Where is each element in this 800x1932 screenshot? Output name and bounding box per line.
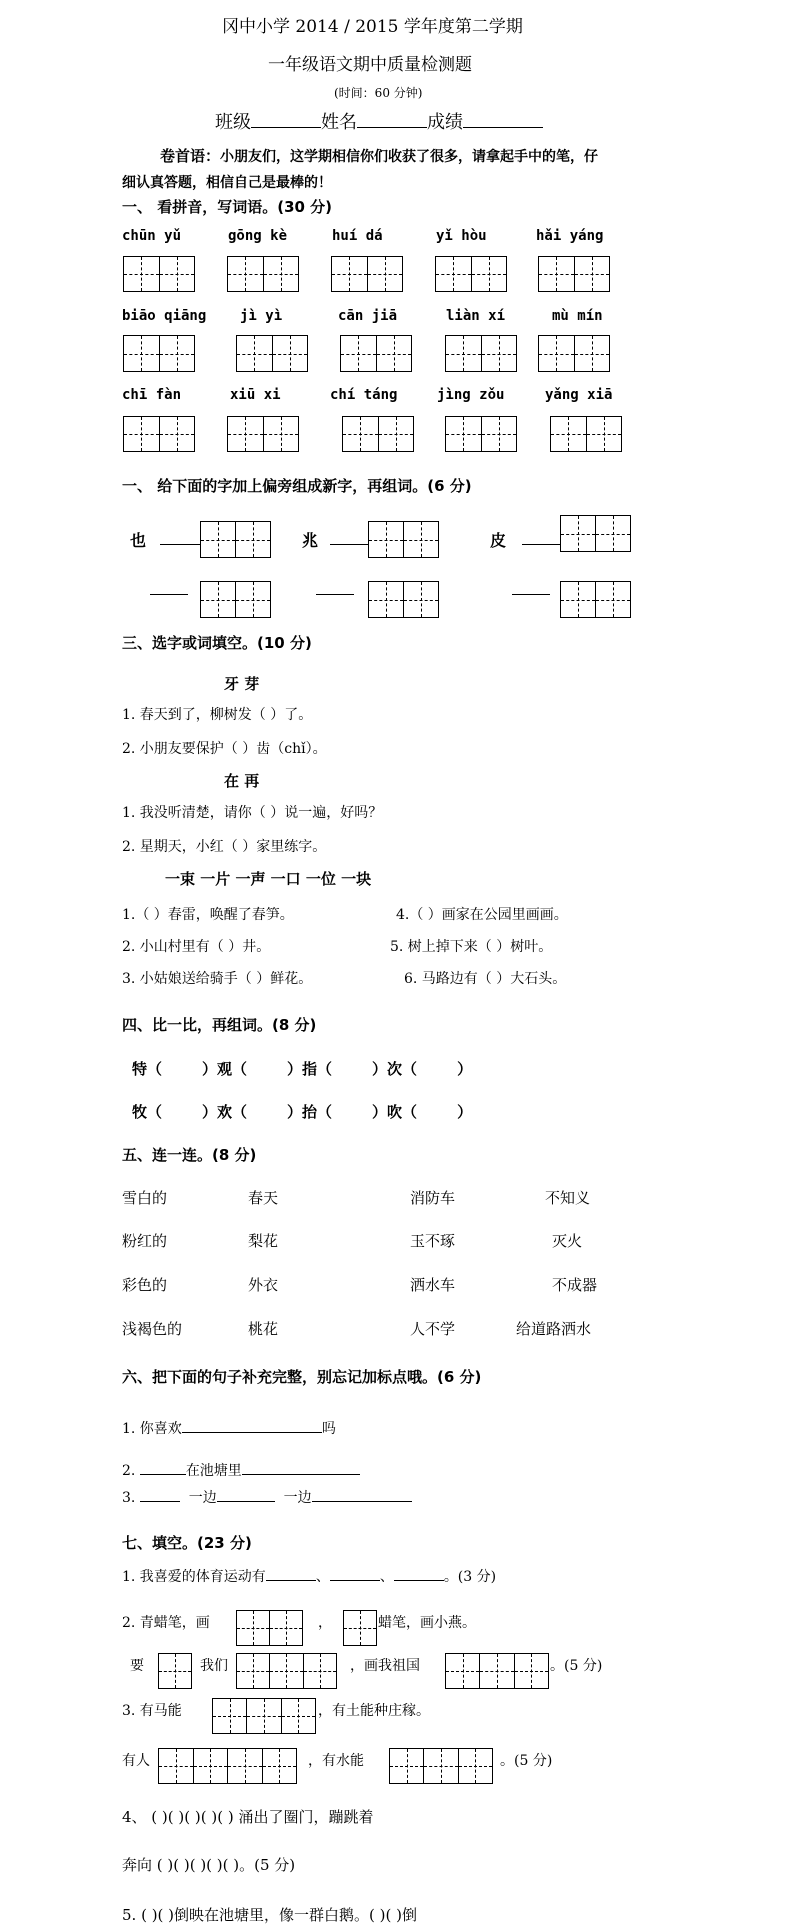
sentence-blank[interactable]	[140, 1501, 180, 1502]
sports-blank[interactable]	[330, 1580, 380, 1581]
horse-text-e: 。(5 分)	[500, 1750, 552, 1770]
radical-blank-4[interactable]	[150, 594, 188, 595]
pinyin-1-2: gōng kè	[228, 228, 287, 244]
pinyin-2-4: liàn xí	[446, 308, 505, 324]
fill-item: 5. 树上掉下来（ ）树叶。	[390, 936, 552, 956]
match-right[interactable]: 灭火	[552, 1230, 582, 1251]
radical-blank-6[interactable]	[512, 594, 550, 595]
writing-grid[interactable]	[340, 335, 412, 372]
writing-grid[interactable]	[435, 256, 507, 292]
writing-grid[interactable]	[445, 1653, 549, 1689]
writing-grid[interactable]	[331, 256, 403, 292]
writing-grid[interactable]	[389, 1748, 493, 1784]
match-left[interactable]: 浅褐色的	[122, 1318, 182, 1339]
pinyin-3-3: chí táng	[330, 387, 397, 403]
match-left[interactable]: 雪白的	[122, 1187, 167, 1208]
writing-grid[interactable]	[236, 1653, 337, 1689]
match-left[interactable]: 消防车	[410, 1187, 455, 1208]
writing-grid[interactable]	[200, 581, 271, 618]
pinyin-2-2: jì yì	[240, 308, 282, 324]
sentence-2: 2. 在池塘里	[122, 1460, 360, 1480]
writing-grid[interactable]	[342, 416, 414, 452]
writing-grid[interactable]	[368, 521, 439, 558]
name-label: 姓名	[321, 112, 357, 133]
fill-item: 4.（ ）画家在公园里画画。	[396, 904, 568, 924]
match-right[interactable]: 不成器	[552, 1274, 597, 1295]
fill-item: 6. 马路边有（ ）大石头。	[404, 968, 566, 988]
crayon-text-b: ，	[318, 1612, 332, 1632]
section5-title: 五、连一连。(8 分)	[122, 1144, 256, 1165]
option-group-1: 牙 芽	[224, 673, 259, 694]
writing-grid[interactable]	[236, 335, 308, 372]
writing-grid[interactable]	[445, 416, 517, 452]
pinyin-3-4: jìng zǒu	[437, 387, 504, 403]
pinyin-1-1: chūn yǔ	[122, 228, 181, 244]
pinyin-1-4: yǐ hòu	[436, 228, 487, 244]
writing-grid[interactable]	[236, 1610, 303, 1646]
writing-grid[interactable]	[123, 335, 195, 372]
sentence-blank[interactable]	[140, 1474, 186, 1475]
fill-sports: 1. 我喜爱的体育运动有、、。(3 分)	[122, 1566, 496, 1586]
fill-item-5-line1: 5. ( )( )倒映在池塘里，像一群白鹅。( )( )倒	[122, 1904, 417, 1925]
crayon-text-d: 要	[130, 1655, 144, 1675]
horse-text-a: 3. 有马能	[122, 1700, 182, 1720]
fill-item: 1. 春天到了，柳树发（ ）了。	[122, 704, 312, 724]
student-info-row: 班级姓名成绩	[215, 108, 543, 134]
radical-blank-3[interactable]	[522, 544, 560, 545]
horse-text-d: ，有水能	[308, 1750, 364, 1770]
fill-item-4-line1: 4、 ( )( )( )( )( ) 涌出了圈门，蹦跳着	[122, 1806, 373, 1827]
school-term-title: 冈中小学 2014 / 2015 学年度第二学期	[222, 12, 523, 37]
writing-grid[interactable]	[123, 256, 195, 292]
match-right[interactable]: 外衣	[248, 1274, 278, 1295]
writing-grid[interactable]	[560, 515, 631, 552]
sentence-blank[interactable]	[242, 1474, 360, 1475]
match-right[interactable]: 梨花	[248, 1230, 278, 1251]
fill-item-4-line2: 奔向 ( )( )( )( )( )。(5 分)	[122, 1854, 295, 1875]
pinyin-3-2: xiū xi	[230, 387, 281, 403]
radical-char-1: 也	[130, 528, 146, 551]
match-left[interactable]: 玉不琢	[410, 1230, 455, 1251]
match-right[interactable]: 春天	[248, 1187, 278, 1208]
writing-grid[interactable]	[123, 416, 195, 452]
sentence-1: 1. 你喜欢吗	[122, 1418, 336, 1438]
section2-title: 一、 给下面的字加上偏旁组成新字，再组词。(6 分)	[122, 475, 472, 496]
writing-grid[interactable]	[343, 1610, 377, 1646]
match-right[interactable]: 给道路洒水	[516, 1318, 591, 1339]
compare-row-2: 牧（）欢（）抬（）吹（）	[132, 1101, 472, 1122]
pinyin-1-3: huí dá	[332, 228, 383, 244]
option-group-3: 一束 一片 一声 一口 一位 一块	[165, 868, 371, 889]
compare-row-1: 特（）观（）指（）次（）	[132, 1058, 472, 1079]
crayon-text-c: 蜡笔，画小燕。	[378, 1612, 476, 1632]
fill-item: 3. 小姑娘送给骑手（ ）鲜花。	[122, 968, 312, 988]
writing-grid[interactable]	[212, 1698, 316, 1734]
writing-grid[interactable]	[158, 1653, 192, 1689]
preface-line1: 卷首语：小朋友们，这学期相信你们收获了很多，请拿起手中的笔，仔	[160, 145, 598, 166]
horse-text-c: 有人	[122, 1750, 150, 1770]
sentence-blank[interactable]	[312, 1501, 412, 1502]
radical-char-3: 皮	[490, 528, 506, 551]
option-group-2: 在 再	[224, 770, 259, 791]
match-left[interactable]: 人不学	[410, 1318, 455, 1339]
preface-line2: 细认真答题，相信自己是最棒的！	[122, 172, 332, 192]
sentence-blank[interactable]	[217, 1501, 275, 1502]
radical-blank-2[interactable]	[330, 544, 368, 545]
fill-item: 1. 我没听清楚，请你（ ）说一遍，好吗？	[122, 802, 382, 822]
match-left[interactable]: 粉红的	[122, 1230, 167, 1251]
section3-title: 三、选字或词填空。(10 分)	[122, 632, 312, 653]
section7-title: 七、填空。(23 分)	[122, 1532, 252, 1553]
crayon-text-f: ，画我祖国	[350, 1655, 420, 1675]
crayon-text-a: 2. 青蜡笔，画	[122, 1612, 210, 1632]
writing-grid[interactable]	[158, 1748, 297, 1784]
section6-title: 六、把下面的句子补充完整，别忘记加标点哦。(6 分)	[122, 1366, 481, 1387]
score-label: 成绩	[427, 112, 463, 133]
score-field	[463, 127, 543, 128]
section1-title: 一、 看拼音，写词语。(30 分)	[122, 196, 332, 217]
writing-grid[interactable]	[538, 256, 610, 292]
match-right[interactable]: 不知义	[545, 1187, 590, 1208]
writing-grid[interactable]	[200, 521, 271, 558]
pinyin-3-1: chī fàn	[122, 387, 181, 403]
pinyin-2-3: cān jiā	[338, 308, 397, 324]
sentence-blank[interactable]	[182, 1432, 322, 1433]
fill-item: 2. 星期天，小红（ ）家里练字。	[122, 836, 326, 856]
class-field[interactable]	[251, 127, 321, 128]
preface-label: 卷首语：	[160, 147, 220, 165]
pinyin-3-5: yǎng xiā	[545, 387, 612, 403]
sports-blank[interactable]	[266, 1580, 316, 1581]
writing-grid[interactable]	[550, 416, 622, 452]
radical-blank-1[interactable]	[160, 544, 200, 545]
radical-char-2: 兆	[302, 528, 318, 551]
pinyin-2-5: mù mín	[552, 308, 603, 324]
name-field[interactable]	[357, 127, 427, 128]
radical-blank-5[interactable]	[316, 594, 354, 595]
fill-item: 1.（ ）春雷，唤醒了春笋。	[122, 904, 294, 924]
sports-blank[interactable]	[394, 1580, 444, 1581]
sentence-3: 3. 一边 一边	[122, 1487, 412, 1507]
writing-grid[interactable]	[227, 256, 299, 292]
match-right[interactable]: 桃花	[248, 1318, 278, 1339]
fill-item: 2. 小朋友要保护（ ）齿（chǐ）。	[122, 738, 327, 758]
writing-grid[interactable]	[227, 416, 299, 452]
horse-text-b: ，有土能种庄稼。	[318, 1700, 430, 1720]
writing-grid[interactable]	[560, 581, 631, 618]
match-left[interactable]: 彩色的	[122, 1274, 167, 1295]
pinyin-2-1: biāo qiāng	[122, 308, 206, 324]
class-label: 班级	[215, 112, 251, 133]
fill-item: 2. 小山村里有（ ）井。	[122, 936, 270, 956]
writing-grid[interactable]	[538, 335, 610, 372]
crayon-text-e: 我们	[200, 1655, 228, 1675]
exam-time: (时间：60 分钟)	[334, 84, 422, 101]
writing-grid[interactable]	[368, 581, 439, 618]
crayon-text-g: 。(5 分)	[550, 1655, 602, 1675]
pinyin-1-5: hǎi yáng	[536, 228, 603, 244]
writing-grid[interactable]	[445, 335, 517, 372]
match-left[interactable]: 洒水车	[410, 1274, 455, 1295]
exam-title: 一年级语文期中质量检测题	[268, 50, 472, 75]
section4-title: 四、比一比，再组词。(8 分)	[122, 1014, 316, 1035]
